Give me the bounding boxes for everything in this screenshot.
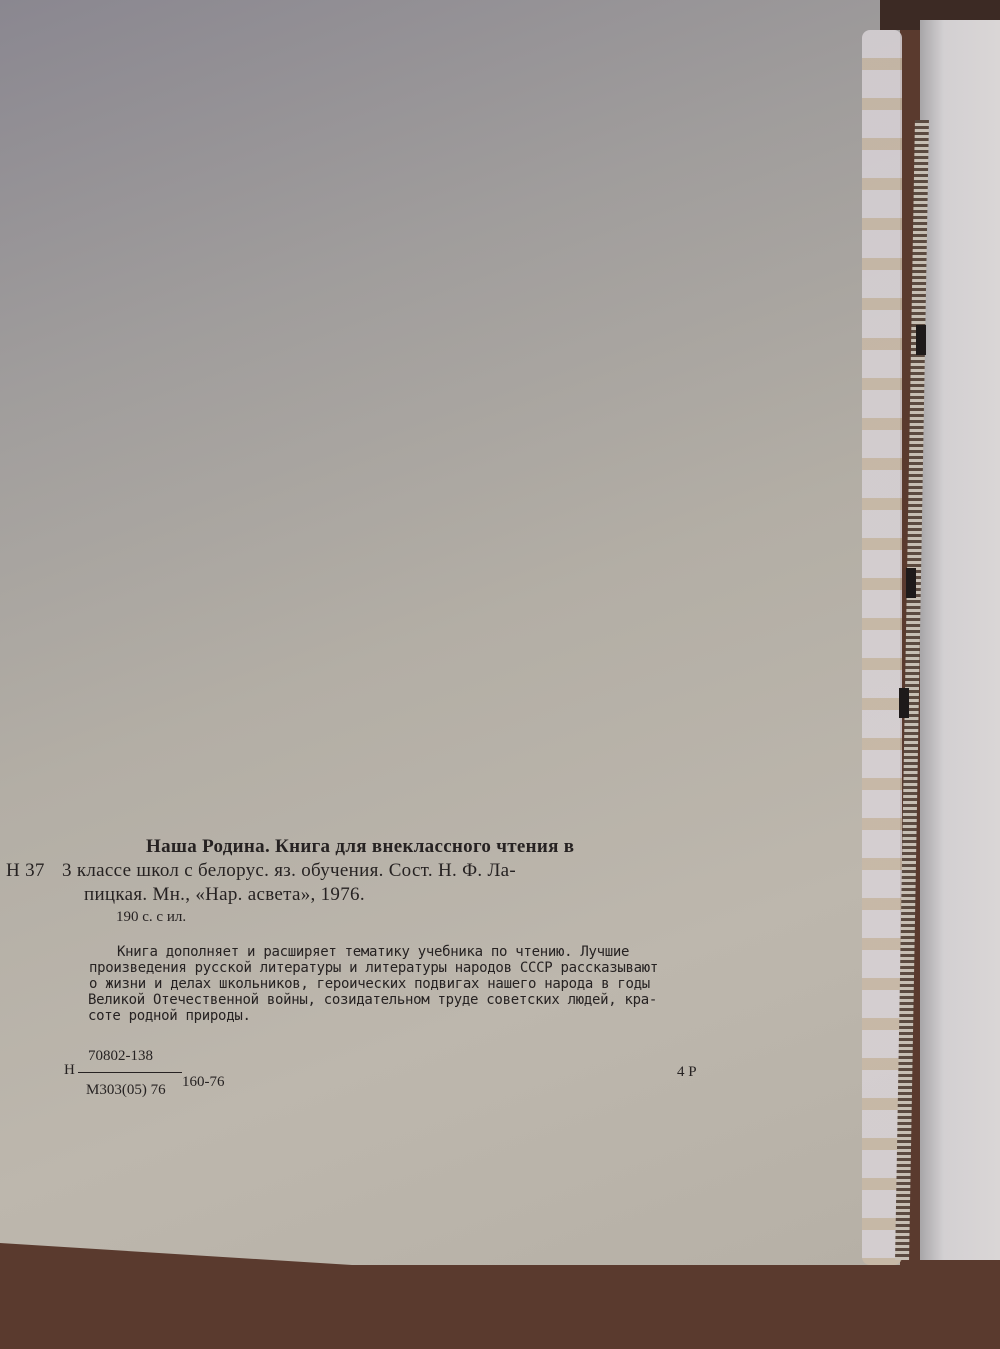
annotation-line: произведения русской литературы и литера…	[89, 960, 658, 976]
fraction-rule	[78, 1072, 182, 1073]
description-line: 3 классе школ с белорус. яз. обучения. С…	[62, 860, 516, 882]
book-title: Наша Родина. Книга для внеклассного чтен…	[146, 836, 574, 858]
book-page	[0, 0, 900, 1265]
binding-staple-mark	[916, 325, 926, 355]
annotation-line: о жизни и делах школьников, героических …	[89, 976, 650, 992]
price: 4 Р	[677, 1064, 697, 1081]
annotation-line: Книга дополняет и расширяет тематику уче…	[117, 944, 629, 960]
code-prefix: Н	[64, 1062, 75, 1079]
page-count: 190 с. с ил.	[116, 909, 186, 926]
code-numerator: 70802-138	[88, 1048, 153, 1065]
code-denominator: М303(05) 76	[86, 1082, 166, 1099]
binding-staple-mark	[899, 688, 909, 718]
publisher-line: пицкая. Мн., «Нар. асвета», 1976.	[84, 884, 365, 906]
annotation-line: соте родной природы.	[88, 1008, 251, 1024]
torn-page-edge	[862, 30, 902, 1265]
code-suffix: 160-76	[182, 1074, 225, 1091]
facing-page	[920, 20, 1000, 1260]
catalog-index: Н 37	[6, 860, 45, 882]
annotation-line: Великой Отечественной войны, созидательн…	[88, 992, 657, 1008]
binding-staple-mark	[906, 568, 916, 598]
